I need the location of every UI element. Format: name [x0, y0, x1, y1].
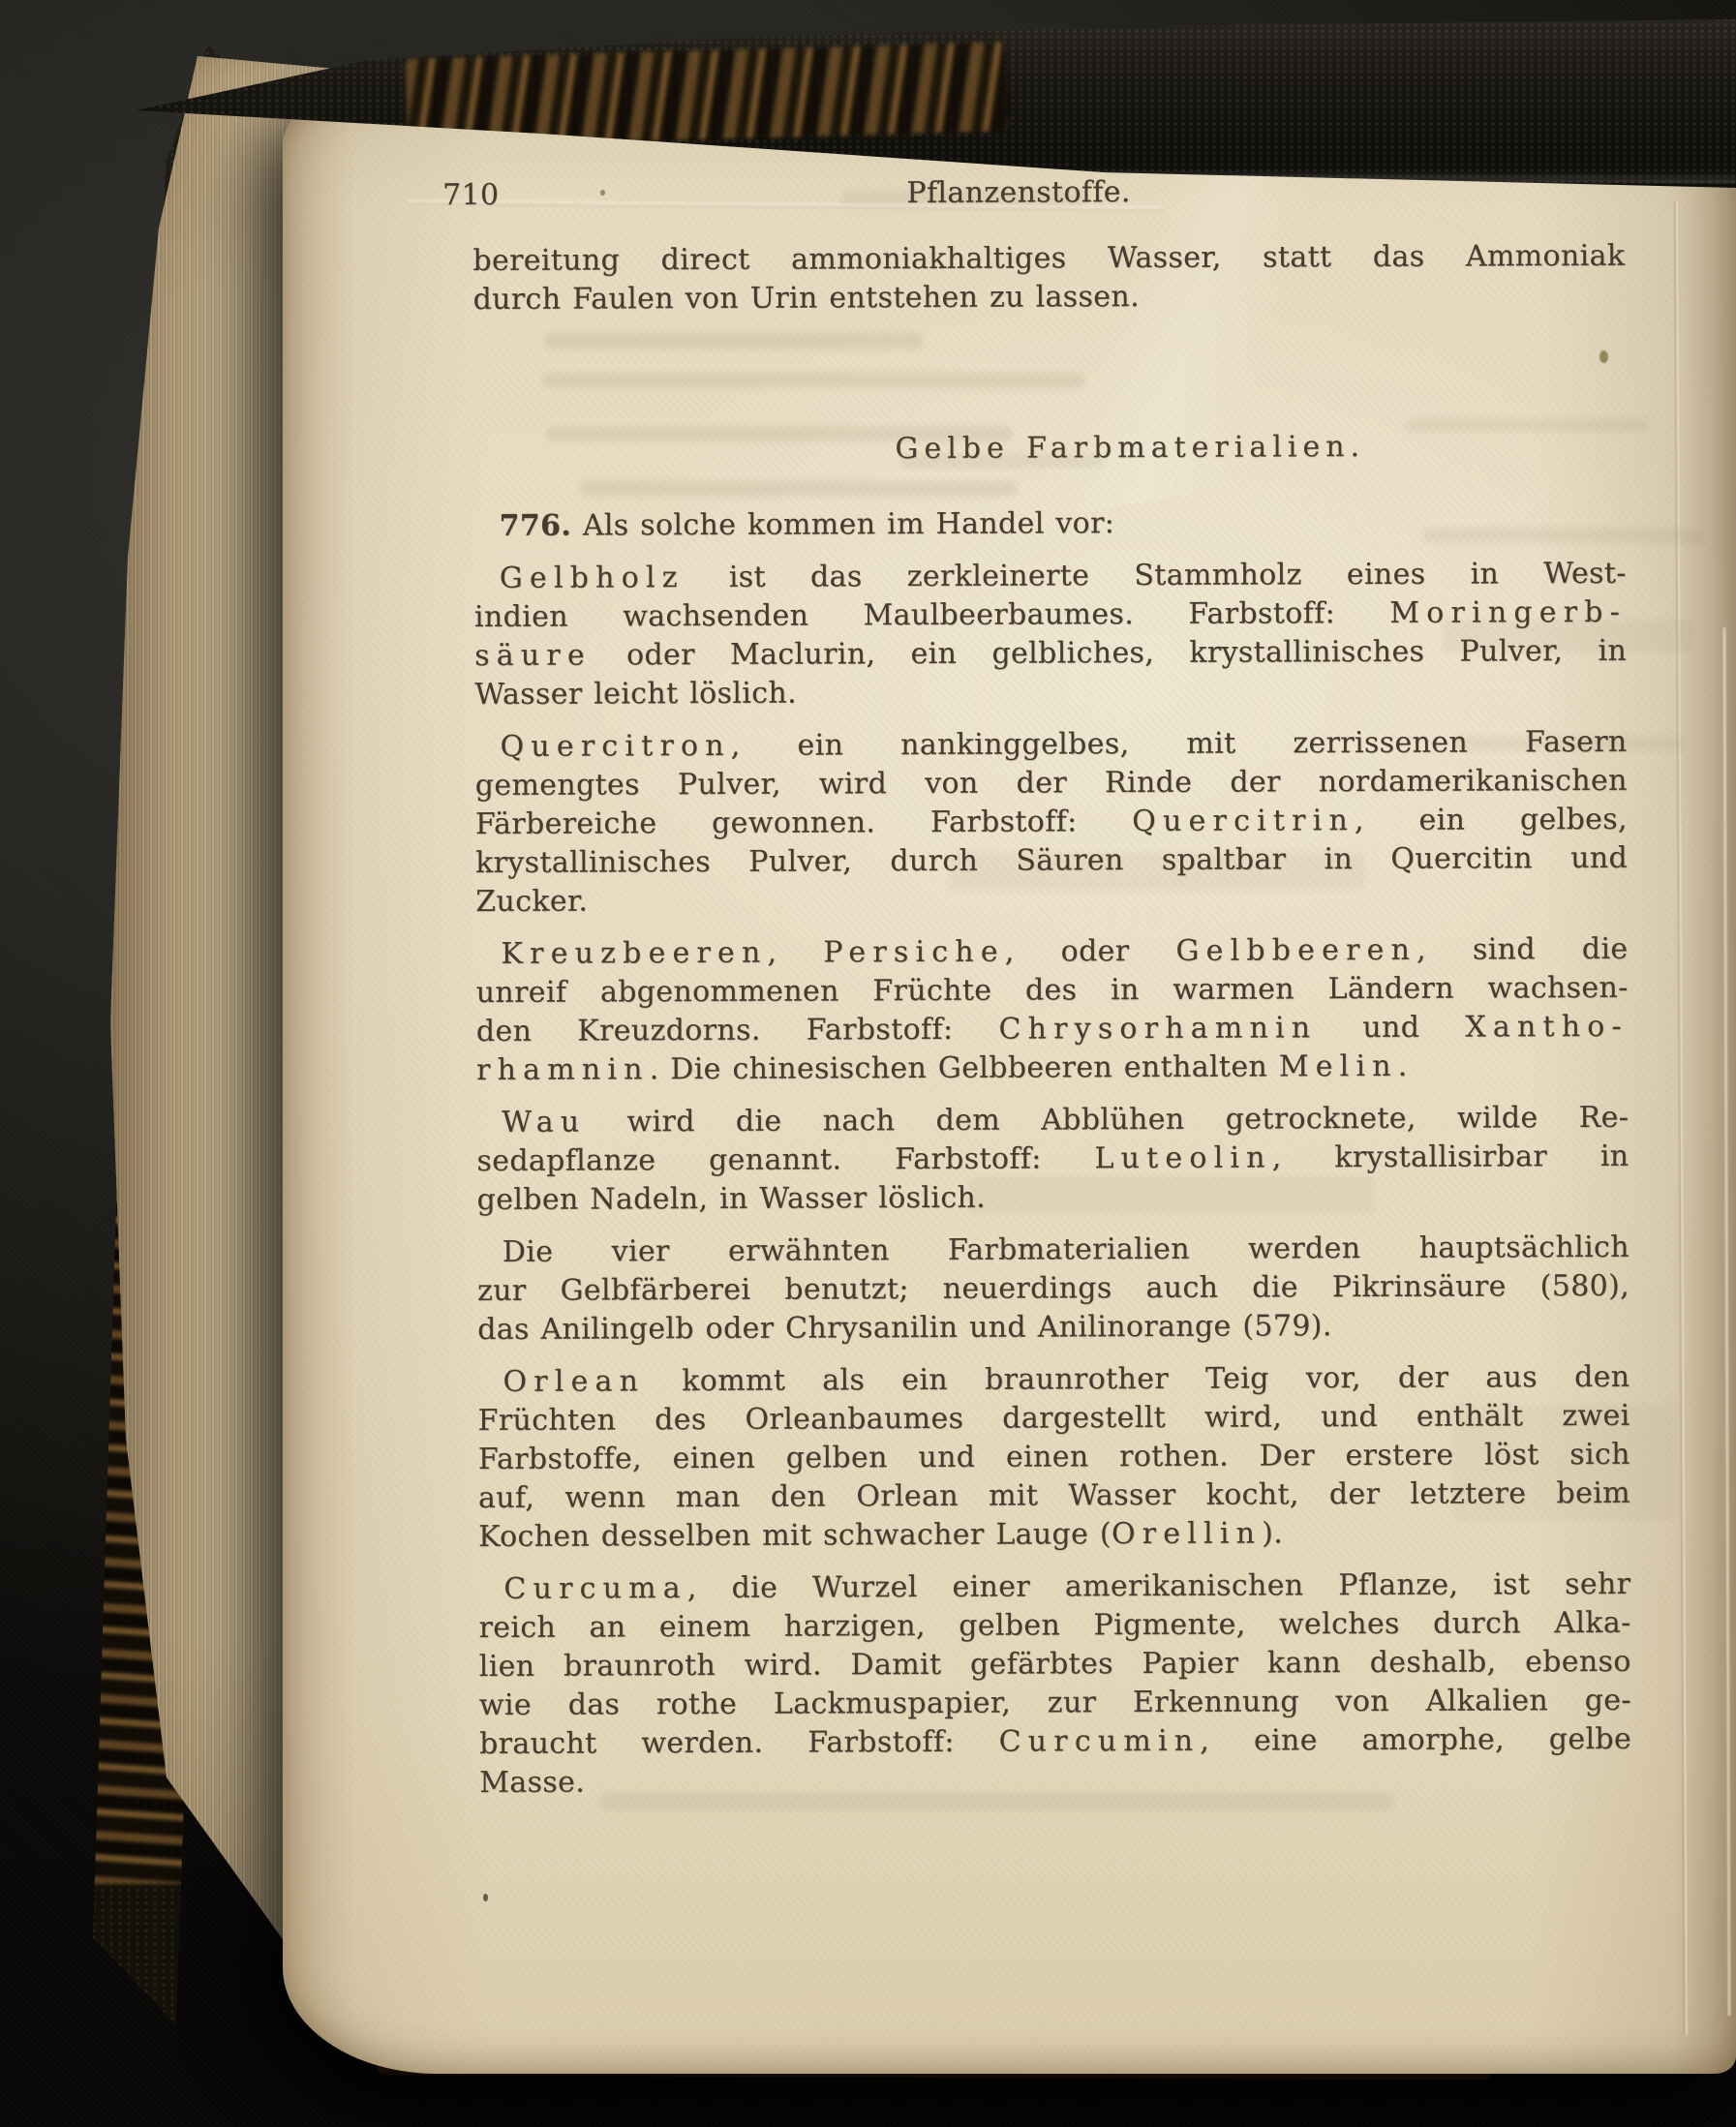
text-segment: den Kreuzdorns. Farbstoff: — [476, 1013, 999, 1048]
text-line: Zucker. — [475, 878, 1628, 922]
photo-background: 710 Pflanzenstoffe. bereitung direct amm… — [0, 0, 1736, 2127]
text-line: wie das rothe Lackmuspapier, zur Erkennu… — [479, 1682, 1631, 1725]
text-line: durch Faulen von Urin entstehen zu lasse… — [472, 276, 1625, 319]
text-segment: Chrysorhamnin — [998, 1011, 1317, 1046]
text-line: Curcuma, die Wurzel einer amerikanischen… — [478, 1565, 1630, 1609]
text-segment: . Die chinesischen Gelbbeeren enthalten — [650, 1049, 1279, 1086]
text-segment: lien braunroth wird. Damit gefärbtes Pap… — [479, 1645, 1631, 1684]
text-segment: Gelbbeeren — [1175, 933, 1416, 968]
paper-speck — [483, 1894, 488, 1901]
text-segment: Melin — [1279, 1049, 1398, 1084]
text-segment: Luteolin — [1094, 1140, 1271, 1175]
text-segment: Gelbholz — [500, 561, 685, 595]
section-heading: Gelbe Farbmaterialien. — [473, 427, 1626, 471]
text-segment: ). — [1262, 1516, 1283, 1550]
paragraph: Orlean kommt als ein braunrother Teig vo… — [477, 1358, 1630, 1557]
text-segment: Als solche kommen im Handel vor: — [571, 506, 1114, 542]
text-line: Wau wird die nach dem Abblühen getrockne… — [476, 1099, 1629, 1142]
text-segment: Wau — [502, 1105, 586, 1139]
text-segment: krystallinisches Pulver, durch Säuren sp… — [475, 841, 1628, 880]
text-segment: durch Faulen von Urin entstehen zu lasse… — [472, 280, 1140, 317]
text-segment: Zucker. — [475, 884, 588, 919]
text-line: unreif abgenommenen Früchte des in warme… — [476, 969, 1629, 1013]
text-block: bereitung direct ammoniakhaltiges Wasser… — [472, 237, 1631, 1803]
text-line: säure oder Maclurin, ein gelbliches, kry… — [474, 632, 1627, 676]
text-line: Orlean kommt als ein braunrother Teig vo… — [477, 1358, 1629, 1402]
text-segment: ist das zerkleinerte Stammholz eines in … — [685, 557, 1627, 594]
text-segment: gelben Nadeln, in Wasser löslich. — [477, 1181, 987, 1217]
text-line: Wasser leicht löslich. — [474, 671, 1627, 714]
text-line: braucht werden. Farbstoff: Curcumin, ein… — [479, 1720, 1631, 1764]
text-segment: kommt als ein braunrother Teig vor, der … — [645, 1360, 1629, 1398]
text-line: Kreuzbeeren, Persiche, oder Gelbbeeren, … — [475, 930, 1628, 974]
text-segment: Kreuzbeeren — [501, 936, 767, 971]
text-segment: bereitung direct ammoniakhaltiges Wasser… — [472, 239, 1625, 278]
text-segment: unreif abgenommenen Früchte des in warme… — [476, 971, 1629, 1010]
paragraph: Kreuzbeeren, Persiche, oder Gelbbeeren, … — [475, 930, 1629, 1090]
paragraph: 776. Als solche kommen im Handel vor: — [473, 502, 1626, 546]
paragraph: Quercitron, ein nankinggelbes, mit zerri… — [474, 723, 1628, 922]
text-line: Gelbholz ist das zerkleinerte Stammholz … — [474, 555, 1627, 598]
text-segment: Quercitrin — [1132, 804, 1355, 838]
text-line: das Anilingelb oder Chrysanilin und Anil… — [477, 1306, 1629, 1350]
text-segment: Persiche — [823, 935, 1005, 970]
text-segment: wie das rothe Lackmuspapier, zur Erkennu… — [479, 1684, 1631, 1722]
text-segment: auf, wenn man den Orlean mit Wasser koch… — [478, 1476, 1630, 1515]
text-line: gelben Nadeln, in Wasser löslich. — [477, 1176, 1629, 1220]
text-line: lien braunroth wird. Damit gefärbtes Pap… — [479, 1643, 1631, 1686]
text-segment: Farbstoffe, einen gelben und einen rothe… — [478, 1438, 1630, 1476]
paragraph: Wau wird die nach dem Abblühen getrockne… — [476, 1099, 1629, 1220]
text-segment: , die Wurzel einer amerikanischen Pflanz… — [687, 1567, 1631, 1605]
text-line: auf, wenn man den Orlean mit Wasser koch… — [478, 1474, 1630, 1518]
text-line: sedapflanze genannt. Farbstoff: Luteolin… — [476, 1138, 1629, 1181]
text-segment: oder Maclurin, ein gelbliches, krystalli… — [592, 634, 1627, 673]
text-segment: Gelbe Farbmaterialien. — [895, 430, 1365, 466]
text-line: reich an einem harzigen, gelben Pigmente… — [478, 1604, 1630, 1648]
text-segment: wird die nach dem Abblühen getrocknete, … — [586, 1101, 1629, 1139]
text-line: gemengtes Pulver, wird von der Rinde der… — [475, 762, 1628, 805]
text-segment: Quercitron — [500, 729, 730, 764]
text-segment: gemengtes Pulver, wird von der Rinde der… — [475, 764, 1628, 803]
text-segment: Färbereiche gewonnen. Farbstoff: — [475, 805, 1132, 841]
paragraph: Curcuma, die Wurzel einer amerikanischen… — [478, 1565, 1631, 1803]
paragraph: bereitung direct ammoniakhaltiges Wasser… — [472, 237, 1625, 319]
text-segment: Orellin — [1112, 1516, 1262, 1551]
text-line: Quercitron, ein nankinggelbes, mit zerri… — [474, 723, 1627, 767]
text-line: Masse. — [479, 1759, 1631, 1803]
text-line: indien wachsenden Maulbeerbaumes. Farbst… — [474, 593, 1627, 637]
text-segment: Die vier erwähnten Farbmaterialien werde… — [503, 1231, 1629, 1269]
text-line: den Kreuzdorns. Farbstoff: Chrysorhamnin… — [476, 1008, 1629, 1051]
text-segment: Curcumin — [998, 1724, 1200, 1759]
text-segment: , krystallisirbar in — [1272, 1139, 1629, 1175]
book-page: 710 Pflanzenstoffe. bereitung direct amm… — [283, 85, 1736, 2074]
text-line: 776. Als solche kommen im Handel vor: — [473, 502, 1626, 546]
page-content: 710 Pflanzenstoffe. bereitung direct amm… — [472, 171, 1631, 1803]
text-segment: zur Gelbfärberei benutzt; neuerdings auc… — [477, 1269, 1629, 1308]
text-line: Färbereiche gewonnen. Farbstoff: Quercit… — [475, 801, 1628, 844]
text-line: Gelbe Farbmaterialien. — [554, 426, 1706, 470]
text-line: zur Gelbfärberei benutzt; neuerdings auc… — [477, 1267, 1629, 1311]
text-line: Die vier erwähnten Farbmaterialien werde… — [477, 1229, 1629, 1272]
text-segment: und — [1317, 1011, 1465, 1046]
text-line: bereitung direct ammoniakhaltiges Wasser… — [472, 237, 1625, 281]
text-segment: braucht werden. Farbstoff: — [479, 1725, 999, 1761]
paragraph: Gelbholz ist das zerkleinerte Stammholz … — [474, 555, 1628, 714]
text-segment: , ein nankinggelbes, mit zerrissenen Fas… — [731, 725, 1628, 763]
paragraph: Die vier erwähnten Farbmaterialien werde… — [477, 1229, 1630, 1350]
text-line: rhamnin. Die chinesischen Gelbbeeren ent… — [476, 1047, 1629, 1090]
text-segment: . — [1398, 1049, 1408, 1083]
text-segment: Curcuma — [503, 1571, 687, 1606]
text-segment: , sind die — [1416, 932, 1629, 967]
text-line: Früchten des Orleanbaumes dargestellt wi… — [478, 1397, 1630, 1441]
text-segment: Wasser leicht löslich. — [474, 677, 797, 712]
text-segment: das Anilingelb oder Chrysanilin und Anil… — [477, 1309, 1332, 1347]
text-segment: , oder — [1005, 934, 1176, 969]
text-segment: Xantho- — [1465, 1010, 1629, 1045]
text-segment: rhamnin — [476, 1052, 650, 1087]
text-line: Farbstoffe, einen gelben und einen rothe… — [478, 1436, 1630, 1479]
text-segment: reich an einem harzigen, gelben Pigmente… — [478, 1606, 1630, 1645]
text-segment: Früchten des Orleanbaumes dargestellt wi… — [478, 1399, 1630, 1438]
text-segment: Orlean — [503, 1364, 645, 1399]
text-segment: Moringerb- — [1389, 595, 1627, 630]
text-segment: säure — [474, 638, 592, 673]
text-segment: Kochen desselben mit schwacher Lauge ( — [478, 1517, 1112, 1554]
text-segment: , ein gelbes, — [1355, 803, 1628, 837]
text-segment: , eine amorphe, gelbe — [1200, 1722, 1631, 1758]
text-line: Kochen desselben mit schwacher Lauge (Or… — [478, 1513, 1630, 1557]
text-segment: , — [767, 935, 823, 969]
text-segment: indien wachsenden Maulbeerbaumes. Farbst… — [474, 596, 1389, 634]
text-segment: 776. — [500, 509, 572, 543]
text-segment: Masse. — [479, 1766, 585, 1800]
text-line: krystallinisches Pulver, durch Säuren sp… — [475, 839, 1628, 883]
text-segment: sedapflanze genannt. Farbstoff: — [476, 1141, 1094, 1178]
